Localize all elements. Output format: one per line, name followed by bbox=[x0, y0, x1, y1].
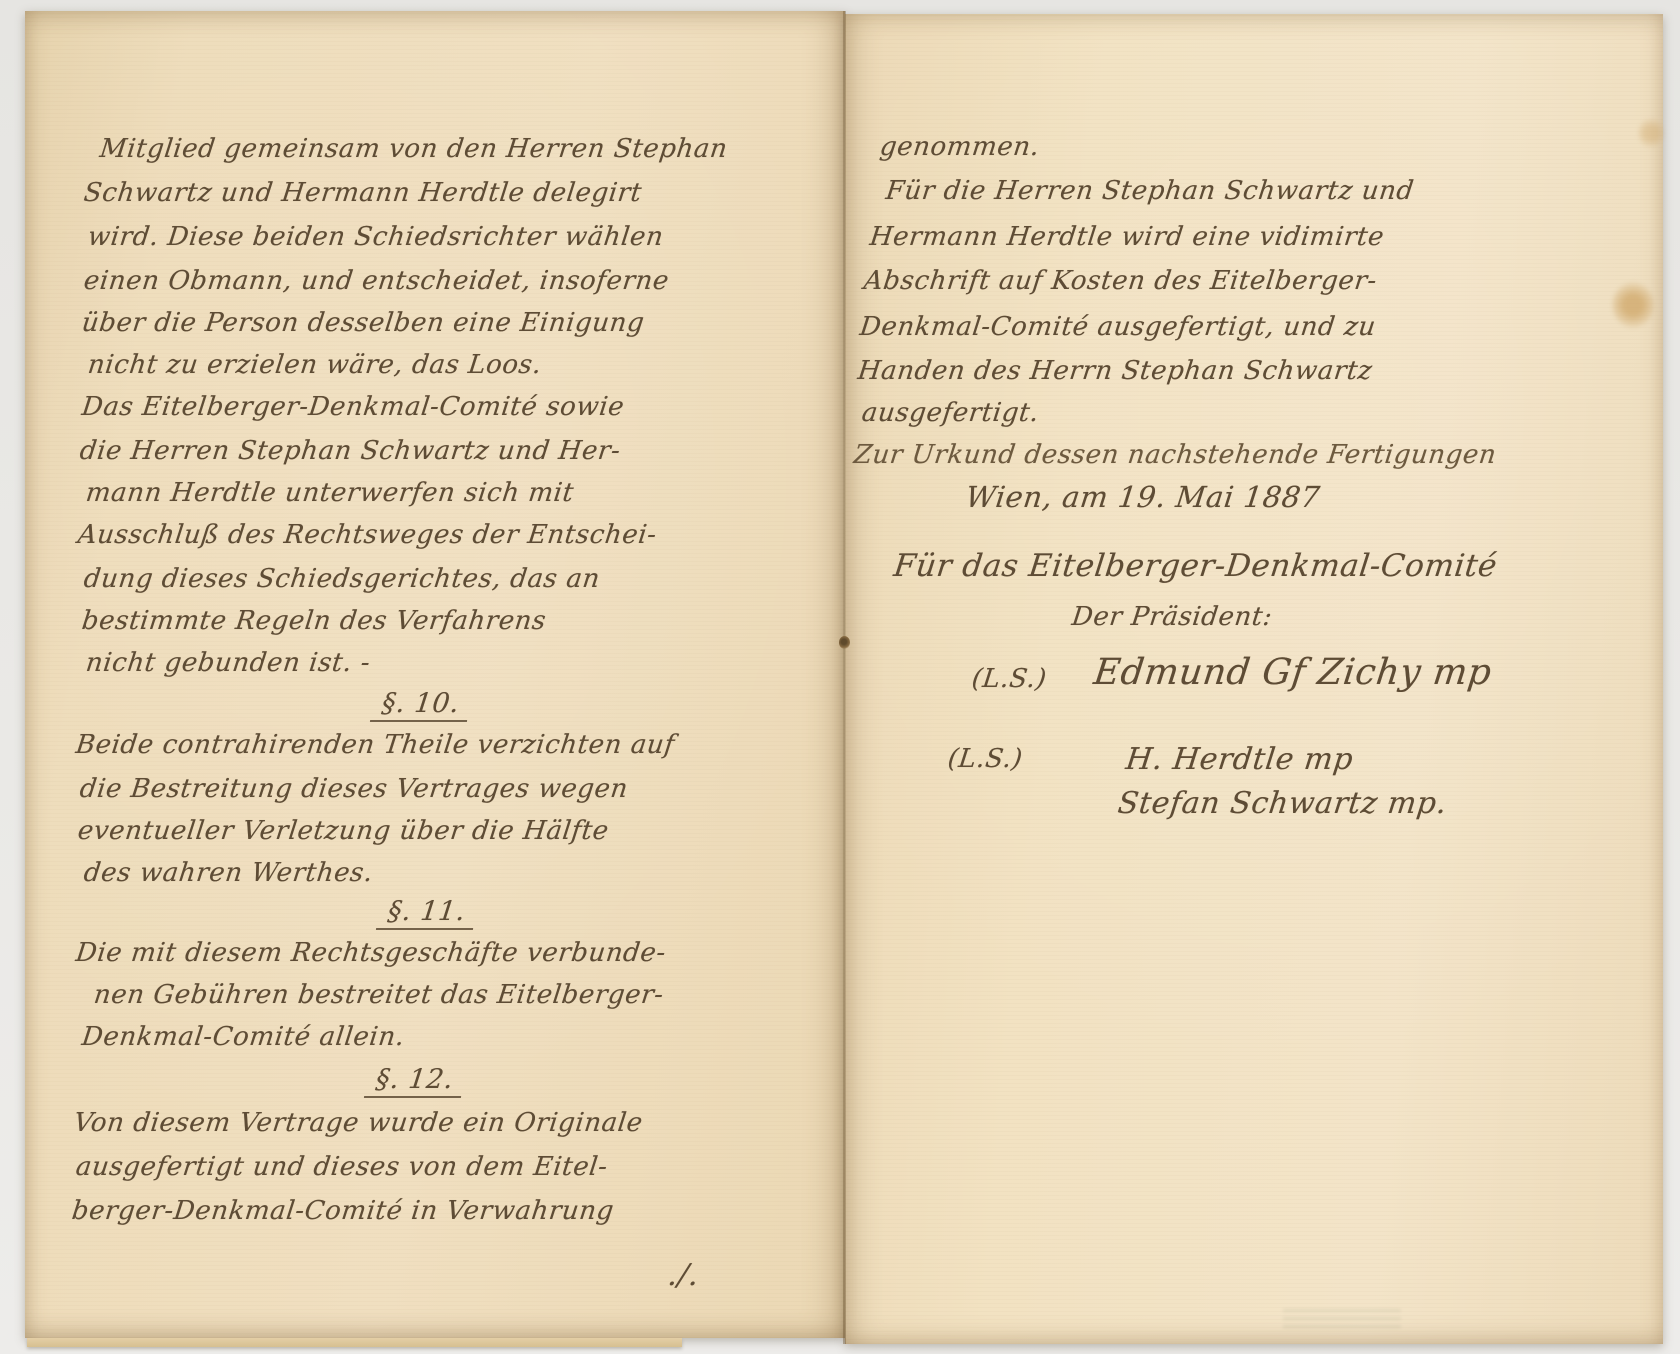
signature: Stefan Schwartz mp. bbox=[1116, 786, 1449, 821]
manuscript-line: Handen des Herrn Stephan Schwartz bbox=[856, 356, 1374, 386]
signature: Edmund Gf Zichy mp bbox=[1091, 652, 1494, 693]
manuscript-line: dung dieses Schiedsgerichtes, das an bbox=[82, 564, 602, 594]
paper-stain bbox=[1612, 282, 1654, 328]
under-sheet-edge bbox=[27, 1338, 682, 1347]
manuscript-line: ausgefertigt. bbox=[860, 398, 1041, 428]
manuscript-line: Mitglied gemeinsam von den Herren Stepha… bbox=[98, 134, 729, 164]
binding-hole bbox=[839, 636, 850, 649]
manuscript-line: Abschrift auf Kosten des Eitelberger- bbox=[862, 266, 1379, 296]
manuscript-line: ausgefertigt und dieses von dem Eitel- bbox=[74, 1152, 609, 1182]
seal-mark: (L.S.) bbox=[970, 664, 1048, 694]
manuscript-line: nicht zu erzielen wäre, das Loos. bbox=[86, 350, 543, 380]
manuscript-line: Zur Urkund dessen nachstehende Fertigung… bbox=[852, 440, 1498, 470]
manuscript-line: wird. Diese beiden Schiedsrichter wählen bbox=[86, 222, 665, 252]
manuscript-line: Hermann Herdtle wird eine vidimirte bbox=[868, 222, 1386, 252]
manuscript-line: Das Eitelberger-Denkmal-Comité sowie bbox=[80, 392, 626, 422]
manuscript-line: des wahren Werthes. bbox=[82, 858, 375, 888]
manuscript-line: Beide contrahirenden Theile verzichten a… bbox=[74, 730, 676, 760]
signature: H. Herdtle mp bbox=[1124, 742, 1355, 777]
section-heading: §. 10. bbox=[370, 688, 471, 722]
manuscript-line: bestimmte Regeln des Verfahrens bbox=[80, 606, 548, 636]
seal-mark: (L.S.) bbox=[946, 744, 1024, 774]
manuscript-line: die Herren Stephan Schwartz und Her- bbox=[78, 436, 622, 466]
manuscript-line: eventueller Verletzung über die Hälfte bbox=[76, 816, 610, 846]
paper-stain bbox=[1638, 118, 1664, 148]
closing-line: Für das Eitelberger-Denkmal-Comité bbox=[892, 548, 1500, 584]
manuscript-line: Denkmal-Comité allein. bbox=[80, 1022, 406, 1052]
manuscript-line: Von diesem Vertrage wurde ein Originale bbox=[72, 1108, 644, 1138]
president-line: Der Präsident: bbox=[1070, 602, 1274, 632]
manuscript-line: genommen. bbox=[878, 132, 1041, 162]
center-fold bbox=[843, 11, 846, 1344]
catchword-mark: ./. bbox=[666, 1258, 701, 1293]
manuscript-line: Denkmal-Comité ausgefertigt, und zu bbox=[858, 312, 1378, 342]
document-scan: Mitglied gemeinsam von den Herren Stepha… bbox=[0, 0, 1680, 1354]
manuscript-line: über die Person desselben eine Einigung bbox=[80, 308, 646, 338]
manuscript-line: die Bestreitung dieses Vertrages wegen bbox=[78, 774, 630, 804]
manuscript-line: mann Herdtle unterwerfen sich mit bbox=[84, 478, 575, 508]
manuscript-line: Für die Herren Stephan Schwartz und bbox=[884, 176, 1415, 206]
manuscript-line: Schwartz und Hermann Herdtle delegirt bbox=[82, 178, 644, 208]
manuscript-line: Ausschluß des Rechtsweges der Entschei- bbox=[76, 520, 658, 550]
offset-stamp-smudge bbox=[1283, 1304, 1401, 1328]
manuscript-line: nicht gebunden ist. - bbox=[84, 648, 372, 678]
section-heading: §. 11. bbox=[376, 896, 477, 930]
manuscript-line: einen Obmann, und entscheidet, insoferne bbox=[82, 266, 671, 296]
place-date-line: Wien, am 19. Mai 1887 bbox=[964, 480, 1322, 514]
manuscript-line: berger-Denkmal-Comité in Verwahrung bbox=[70, 1196, 616, 1226]
section-heading: §. 12. bbox=[364, 1064, 465, 1098]
manuscript-line: Die mit diesem Rechtsgeschäfte verbunde- bbox=[74, 938, 668, 968]
manuscript-line: nen Gebühren bestreitet das Eitelberger- bbox=[92, 980, 665, 1010]
